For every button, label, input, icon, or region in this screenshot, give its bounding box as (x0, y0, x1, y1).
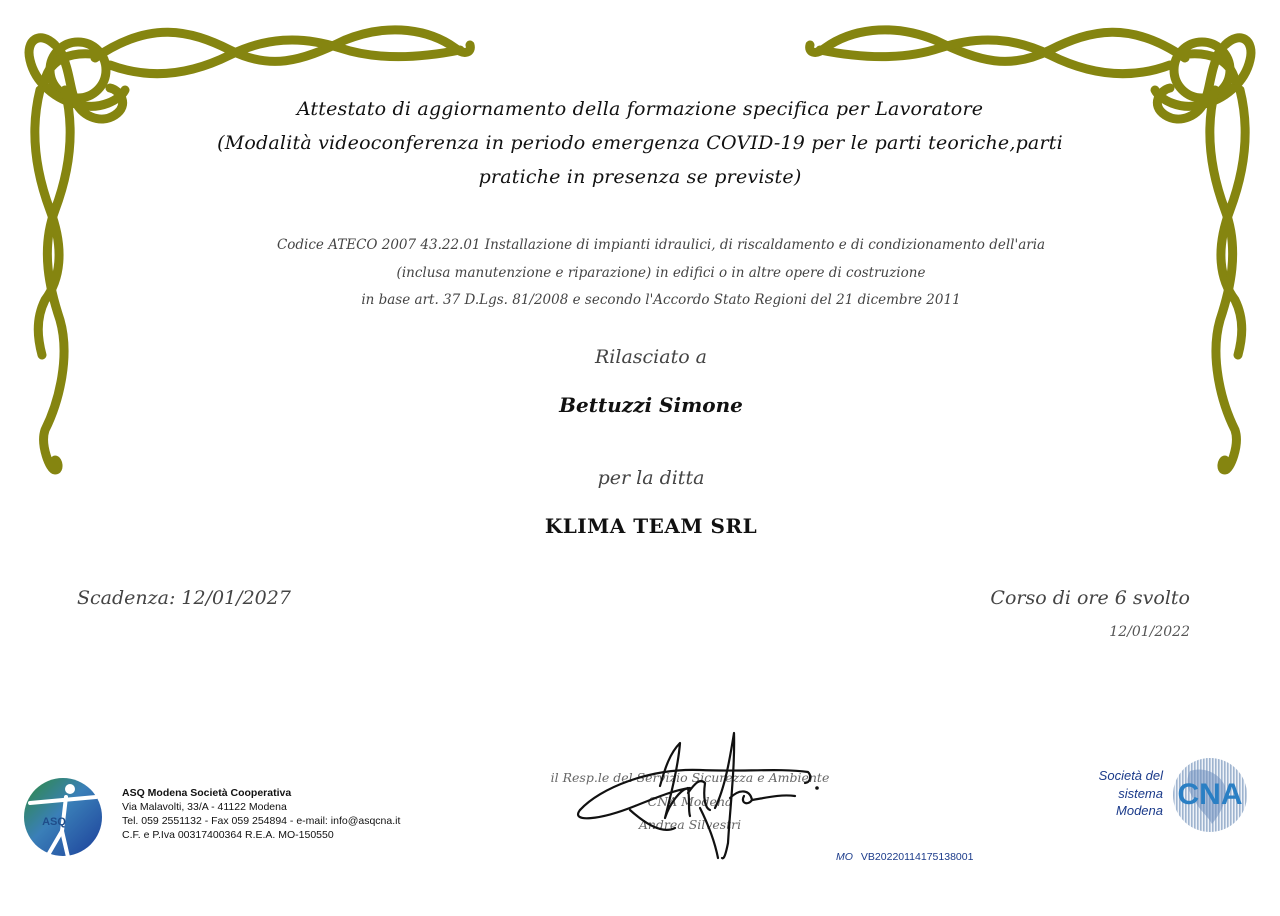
company-name: KLIMA TEAM SRL (0, 514, 1280, 538)
code-value: VB20220114175138001 (861, 851, 974, 863)
company-label: per la ditta (0, 467, 1280, 489)
partner-text-line: Modena (1099, 802, 1163, 820)
issuer-name: ASQ Modena Società Cooperativa (122, 786, 400, 800)
title-line: (Modalità videoconferenza in periodo eme… (0, 126, 1280, 160)
expiry-date: Scadenza: 12/01/2027 (77, 587, 291, 609)
title-line: pratiche in presenza se previste) (0, 160, 1280, 194)
code-prefix: MO (836, 851, 853, 863)
issuer-fiscal: C.F. e P.Iva 00317400364 R.E.A. MO-15055… (122, 828, 400, 842)
signature-block: il Resp.le del Servizio Sicurezza e Ambi… (540, 728, 840, 868)
partner-text: Società del sistema Modena (1099, 767, 1163, 820)
cna-logo: CNA (1170, 756, 1250, 834)
certificate-title: Attestato di aggiornamento della formazi… (0, 92, 1280, 194)
issuer-address: Via Malavolti, 33/A - 41122 Modena (122, 800, 400, 814)
issuer-contacts: Tel. 059 2551132 - Fax 059 254894 - e-ma… (122, 814, 400, 828)
verification-code: MOVB20220114175138001 (836, 851, 973, 863)
ateco-line: in base art. 37 D.Lgs. 81/2008 e secondo… (0, 287, 1280, 315)
course-summary: Corso di ore 6 svolto (990, 587, 1190, 609)
svg-text:CNA: CNA (1178, 778, 1243, 811)
svg-text:ASQ: ASQ (42, 816, 66, 828)
ateco-line: Codice ATECO 2007 43.22.01 Installazione… (0, 232, 1280, 260)
ateco-description: Codice ATECO 2007 43.22.01 Installazione… (0, 232, 1280, 315)
handwritten-signature (540, 728, 840, 868)
course-date: 12/01/2022 (1109, 624, 1190, 640)
recipient-name: Bettuzzi Simone (0, 393, 1280, 417)
partner-text-line: sistema (1099, 785, 1163, 803)
asq-logo: ASQ (22, 775, 104, 859)
issued-to-label: Rilasciato a (0, 346, 1280, 368)
partner-text-line: Società del (1099, 767, 1163, 785)
issuer-info: ASQ Modena Società Cooperativa Via Malav… (122, 786, 400, 842)
ateco-line: (inclusa manutenzione e riparazione) in … (0, 260, 1280, 288)
title-line: Attestato di aggiornamento della formazi… (0, 92, 1280, 126)
